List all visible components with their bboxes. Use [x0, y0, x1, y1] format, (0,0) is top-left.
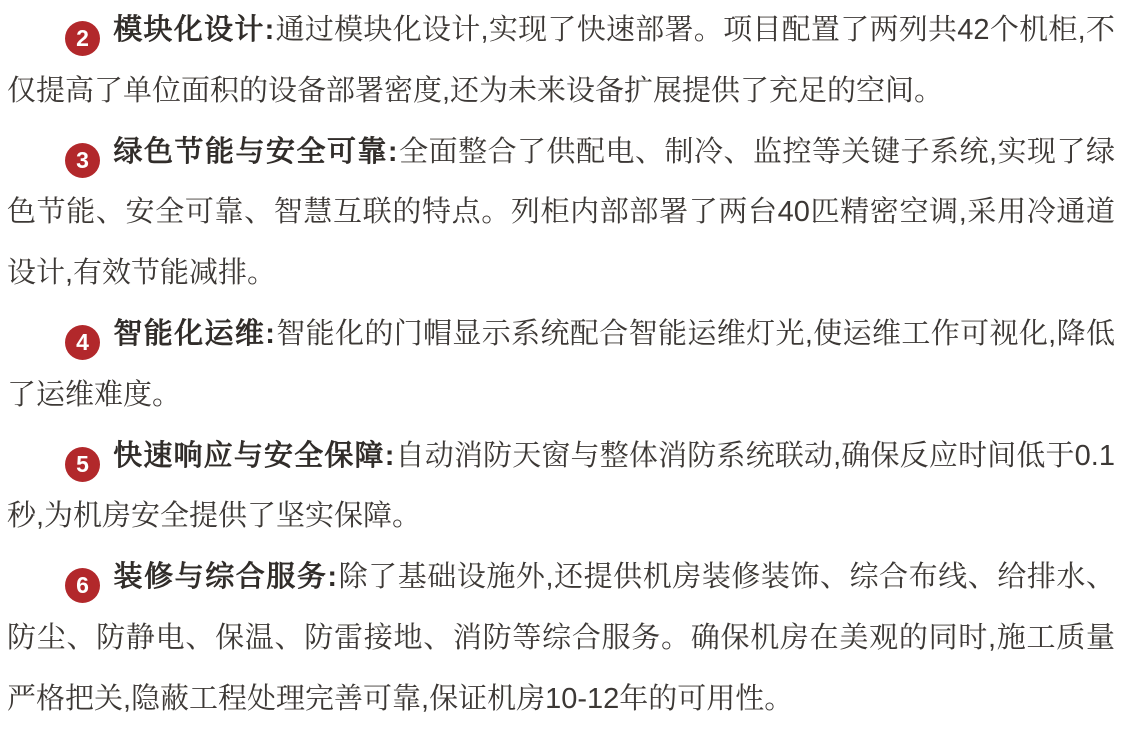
- feature-item-rapid-response: 5快速响应与安全保障:自动消防天窗与整体消防系统联动,确保反应时间低于0.1秒,…: [7, 426, 1115, 548]
- feature-heading: 快速响应与安全保障:: [113, 440, 395, 472]
- feature-heading: 绿色节能与安全可靠:: [113, 136, 399, 168]
- feature-item-modular-design: 2模块化设计:通过模块化设计,实现了快速部署。项目配置了两列共42个机柜,不仅提…: [7, 0, 1115, 122]
- feature-heading: 模块化设计:: [113, 14, 275, 46]
- numbered-circle-6-icon: 6: [65, 568, 100, 603]
- numbered-circle-5-icon: 5: [65, 447, 100, 482]
- numbered-circle-4-icon: 4: [65, 325, 100, 360]
- feature-item-smart-ops: 4智能化运维:智能化的门帽显示系统配合智能运维灯光,使运维工作可视化,降低了运维…: [7, 304, 1115, 426]
- feature-heading: 智能化运维:: [113, 318, 276, 350]
- numbered-circle-3-icon: 3: [65, 143, 100, 178]
- feature-item-decoration-services: 6装修与综合服务:除了基础设施外,还提供机房装修装饰、综合布线、给排水、防尘、防…: [7, 547, 1115, 729]
- feature-item-green-energy: 3绿色节能与安全可靠:全面整合了供配电、制冷、监控等关键子系统,实现了绿色节能、…: [7, 122, 1115, 304]
- numbered-circle-2-icon: 2: [65, 21, 100, 56]
- feature-heading: 装修与综合服务:: [113, 561, 338, 593]
- document-page: 2模块化设计:通过模块化设计,实现了快速部署。项目配置了两列共42个机柜,不仅提…: [0, 0, 1122, 729]
